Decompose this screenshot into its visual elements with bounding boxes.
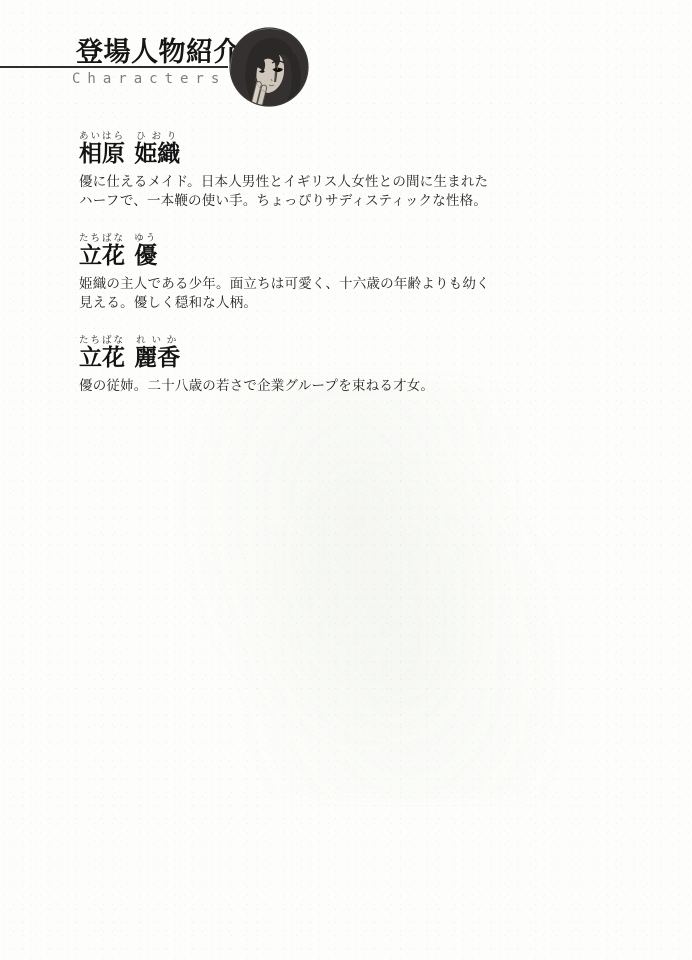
character-entry: 立花たちばな優ゆう 姫織の主人である少年。面立ちは可愛く、十六歳の年齢よりも幼く… bbox=[79, 233, 490, 312]
character-name-part: 麗香れいか bbox=[134, 345, 180, 370]
description-line: 優に仕えるメイド。日本人男性とイギリス人女性との間に生まれた bbox=[79, 172, 488, 191]
character-name-part: 姫織ひおり bbox=[134, 141, 180, 166]
header-rule bbox=[0, 66, 228, 68]
description-line: 見える。優しく穏和な人柄。 bbox=[79, 293, 490, 312]
description-line: 姫織の主人である少年。面立ちは可愛く、十六歳の年齢よりも幼く bbox=[79, 274, 490, 293]
character-description: 優の従姉。二十八歳の若さで企業グループを束ねる才女。 bbox=[79, 376, 434, 395]
character-name-part: 立花たちばな bbox=[79, 243, 125, 268]
page-subtitle: Characters bbox=[72, 71, 226, 87]
character-name: 相原あいはら姫織ひおり bbox=[79, 131, 488, 167]
character-name: 立花たちばな麗香れいか bbox=[79, 335, 434, 371]
description-line: 優の従姉。二十八歳の若さで企業グループを束ねる才女。 bbox=[79, 376, 434, 395]
page-title: 登場人物紹介 bbox=[76, 30, 241, 69]
character-entry: 立花たちばな麗香れいか 優の従姉。二十八歳の若さで企業グループを束ねる才女。 bbox=[79, 335, 434, 395]
character-name-part: 相原あいはら bbox=[79, 141, 125, 166]
character-name-part: 立花たちばな bbox=[79, 345, 125, 370]
page-showthrough-texture bbox=[180, 380, 560, 800]
character-name: 立花たちばな優ゆう bbox=[79, 233, 490, 269]
character-name-part: 優ゆう bbox=[134, 243, 157, 268]
description-line: ハーフで、一本鞭の使い手。ちょっぴりサディスティックな性格。 bbox=[79, 191, 488, 210]
character-entry: 相原あいはら姫織ひおり 優に仕えるメイド。日本人男性とイギリス人女性との間に生ま… bbox=[79, 131, 488, 210]
character-description: 姫織の主人である少年。面立ちは可愛く、十六歳の年齢よりも幼く 見える。優しく穏和… bbox=[79, 274, 490, 312]
character-portrait-image bbox=[229, 27, 309, 107]
book-page: 登場人物紹介 Characters bbox=[0, 0, 692, 960]
character-description: 優に仕えるメイド。日本人男性とイギリス人女性との間に生まれた ハーフで、一本鞭の… bbox=[79, 172, 488, 210]
anime-girl-portrait-icon bbox=[229, 27, 309, 107]
